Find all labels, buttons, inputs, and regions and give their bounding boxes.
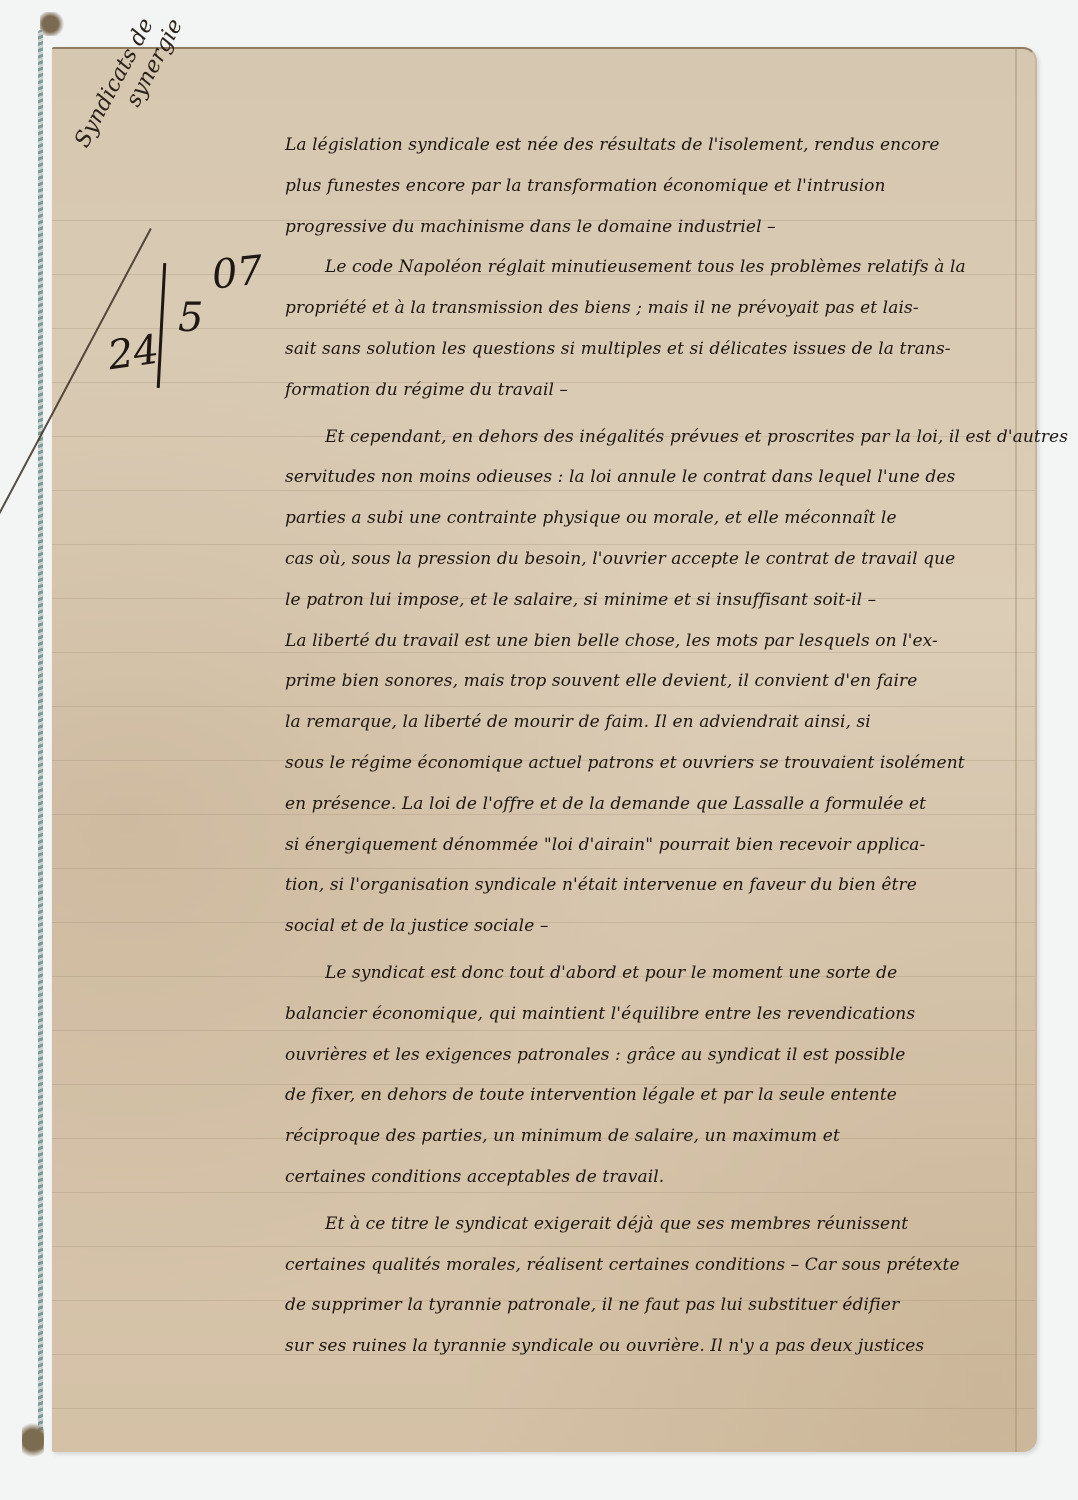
paragraph: Et à ce titre le syndicat exigerait déjà… <box>285 1204 1020 1367</box>
text-line: progressive du machinisme dans le domain… <box>285 207 1020 248</box>
text-line: ouvrières et les exigences patronales : … <box>285 1035 1020 1076</box>
binding-cord <box>38 30 43 1450</box>
margin-date: 24 5 07 <box>108 235 248 405</box>
text-line: sait sans solution les questions si mult… <box>285 329 1020 370</box>
manuscript-body: La législation syndicale est née des rés… <box>285 125 1020 1367</box>
text-line: certaines qualités morales, réalisent ce… <box>285 1245 1020 1286</box>
text-line: parties a subi une contrainte physique o… <box>285 498 1020 539</box>
text-line: servitudes non moins odieuses : la loi a… <box>285 457 1020 498</box>
text-line: La liberté du travail est une bien belle… <box>285 621 1020 662</box>
text-line: le patron lui impose, et le salaire, si … <box>285 580 1020 621</box>
text-line: prime bien sonores, mais trop souvent el… <box>285 661 1020 702</box>
text-line: de fixer, en dehors de toute interventio… <box>285 1075 1020 1116</box>
text-line: plus funestes encore par la transformati… <box>285 166 1020 207</box>
text-line: Le syndicat est donc tout d'abord et pou… <box>285 953 1020 994</box>
text-line: balancier économique, qui maintient l'éq… <box>285 994 1020 1035</box>
text-line: Le code Napoléon réglait minutieusement … <box>285 247 1020 288</box>
binding-cord-tuft <box>40 12 66 36</box>
text-line: la remarque, la liberté de mourir de fai… <box>285 702 1020 743</box>
text-line: cas où, sous la pression du besoin, l'ou… <box>285 539 1020 580</box>
text-line: de supprimer la tyrannie patronale, il n… <box>285 1285 1020 1326</box>
paragraph: Le syndicat est donc tout d'abord et pou… <box>285 953 1020 1198</box>
text-line: sur ses ruines la tyrannie syndicale ou … <box>285 1326 1020 1367</box>
margin-date-year: 07 <box>210 247 265 298</box>
margin-date-day: 24 <box>105 327 162 380</box>
binding-cord-knot <box>22 1420 44 1460</box>
text-line: La législation syndicale est née des rés… <box>285 125 1020 166</box>
paragraph: La législation syndicale est née des rés… <box>285 125 1020 247</box>
text-line: formation du régime du travail – <box>285 370 1020 411</box>
text-line: tion, si l'organisation syndicale n'étai… <box>285 865 1020 906</box>
text-line: social et de la justice sociale – <box>285 906 1020 947</box>
text-line: propriété et à la transmission des biens… <box>285 288 1020 329</box>
text-line: Et à ce titre le syndicat exigerait déjà… <box>285 1204 1020 1245</box>
text-line: réciproque des parties, un minimum de sa… <box>285 1116 1020 1157</box>
paragraph: Le code Napoléon réglait minutieusement … <box>285 247 1020 410</box>
paragraph: Et cependant, en dehors des inégalités p… <box>285 417 1020 947</box>
margin-date-month: 5 <box>178 295 203 341</box>
text-line: certaines conditions acceptables de trav… <box>285 1157 1020 1198</box>
text-line: Et cependant, en dehors des inégalités p… <box>285 417 1020 458</box>
text-line: sous le régime économique actuel patrons… <box>285 743 1020 784</box>
text-line: en présence. La loi de l'offre et de la … <box>285 784 1020 825</box>
text-line: si énergiquement dénommée "loi d'airain"… <box>285 825 1020 866</box>
